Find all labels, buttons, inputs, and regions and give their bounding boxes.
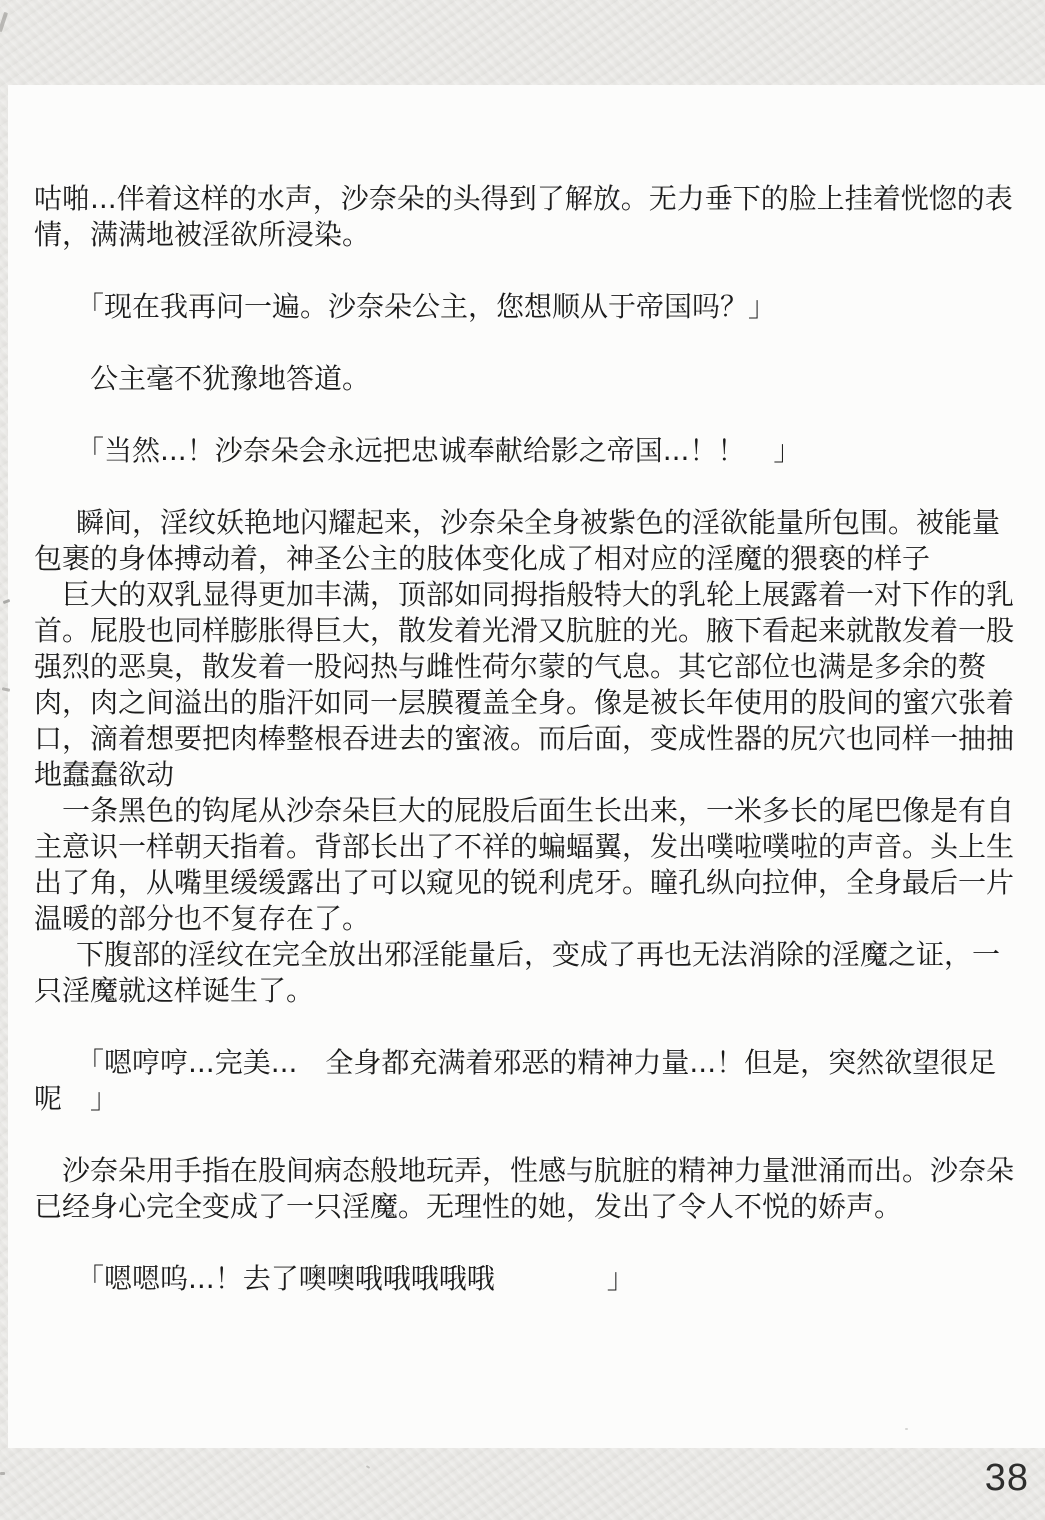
- paragraph: 咕啪...伴着这样的水声，沙奈朵的头得到了解放。无力垂下的脸上挂着恍惚的表情，满…: [34, 181, 1022, 253]
- scan-speck: [366, 1465, 370, 1469]
- page-surface: 咕啪...伴着这样的水声，沙奈朵的头得到了解放。无力垂下的脸上挂着恍惚的表情，满…: [8, 85, 1045, 1448]
- paragraph: 巨大的双乳显得更加丰满，顶部如同拇指般特大的乳轮上展露着一对下作的乳首。屁股也同…: [34, 577, 1022, 793]
- dialogue-line: 「现在我再问一遍。沙奈朵公主，您想顺从于帝国吗？」: [34, 289, 1022, 325]
- paragraph: 瞬间，淫纹妖艳地闪耀起来，沙奈朵全身被紫色的淫欲能量所包围。被能量包裹的身体搏动…: [34, 505, 1022, 577]
- scanned-document-page: 咕啪...伴着这样的水声，沙奈朵的头得到了解放。无力垂下的脸上挂着恍惚的表情，满…: [0, 0, 1045, 1520]
- dialogue-line: 「当然...！沙奈朵会永远把忠诚奉献给影之帝国...！！ 」: [34, 433, 1022, 469]
- paragraph: 下腹部的淫纹在完全放出邪淫能量后，变成了再也无法消除的淫魔之证，一只淫魔就这样诞…: [34, 937, 1022, 1009]
- scan-speck: [0, 12, 8, 32]
- story-text-block: 咕啪...伴着这样的水声，沙奈朵的头得到了解放。无力垂下的脸上挂着恍惚的表情，满…: [34, 181, 1022, 1297]
- paragraph: 沙奈朵用手指在股间病态般地玩弄，性感与肮脏的精神力量泄涌而出。沙奈朵已经身心完全…: [34, 1153, 1022, 1225]
- dialogue-line: 「嗯嗯呜...！去了噢噢哦哦哦哦哦 」: [34, 1261, 1022, 1297]
- page-number: 38: [985, 1456, 1029, 1500]
- paragraph: 公主毫不犹豫地答道。: [34, 361, 1022, 397]
- scan-speck: [905, 1428, 908, 1430]
- scan-speck: [2, 687, 10, 692]
- dialogue-line: 「嗯哼哼...完美... 全身都充满着邪恶的精神力量...！但是，突然欲望很足呢…: [34, 1045, 1022, 1117]
- scan-speck: [0, 1472, 5, 1475]
- paragraph: 一条黑色的钩尾从沙奈朵巨大的屁股后面生长出来，一米多长的尾巴像是有自主意识一样朝…: [34, 793, 1022, 937]
